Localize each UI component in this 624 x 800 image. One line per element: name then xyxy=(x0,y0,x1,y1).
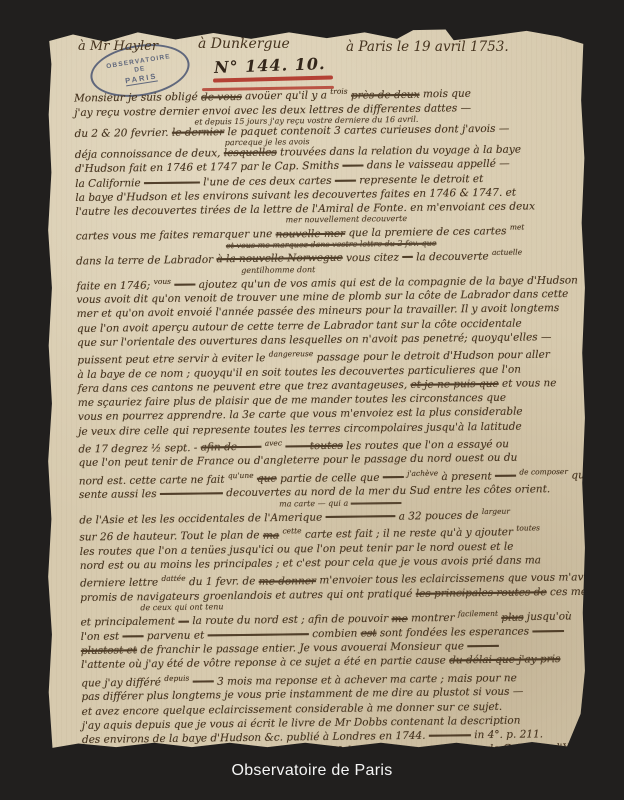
red-ink-underline xyxy=(213,75,333,82)
folio-number: N° 144. 10. xyxy=(214,55,326,76)
place-line: à Dunkergue xyxy=(198,37,290,52)
dateline: à Paris le 19 avril 1753. xyxy=(346,40,509,54)
caption: Observatoire de Paris xyxy=(0,760,624,782)
scan-background: OBSERVATOIRE DE PARIS à Mr Hayler à Dunk… xyxy=(0,0,624,800)
letter-header: à Mr Hayler à Dunkergue à Paris le 19 av… xyxy=(46,28,586,88)
manuscript-page: OBSERVATOIRE DE PARIS à Mr Hayler à Dunk… xyxy=(46,28,586,750)
manuscript-body: Monsieur je suis obligé de vous avoüer q… xyxy=(74,82,586,750)
addressee-line: à Mr Hayler xyxy=(78,40,158,54)
